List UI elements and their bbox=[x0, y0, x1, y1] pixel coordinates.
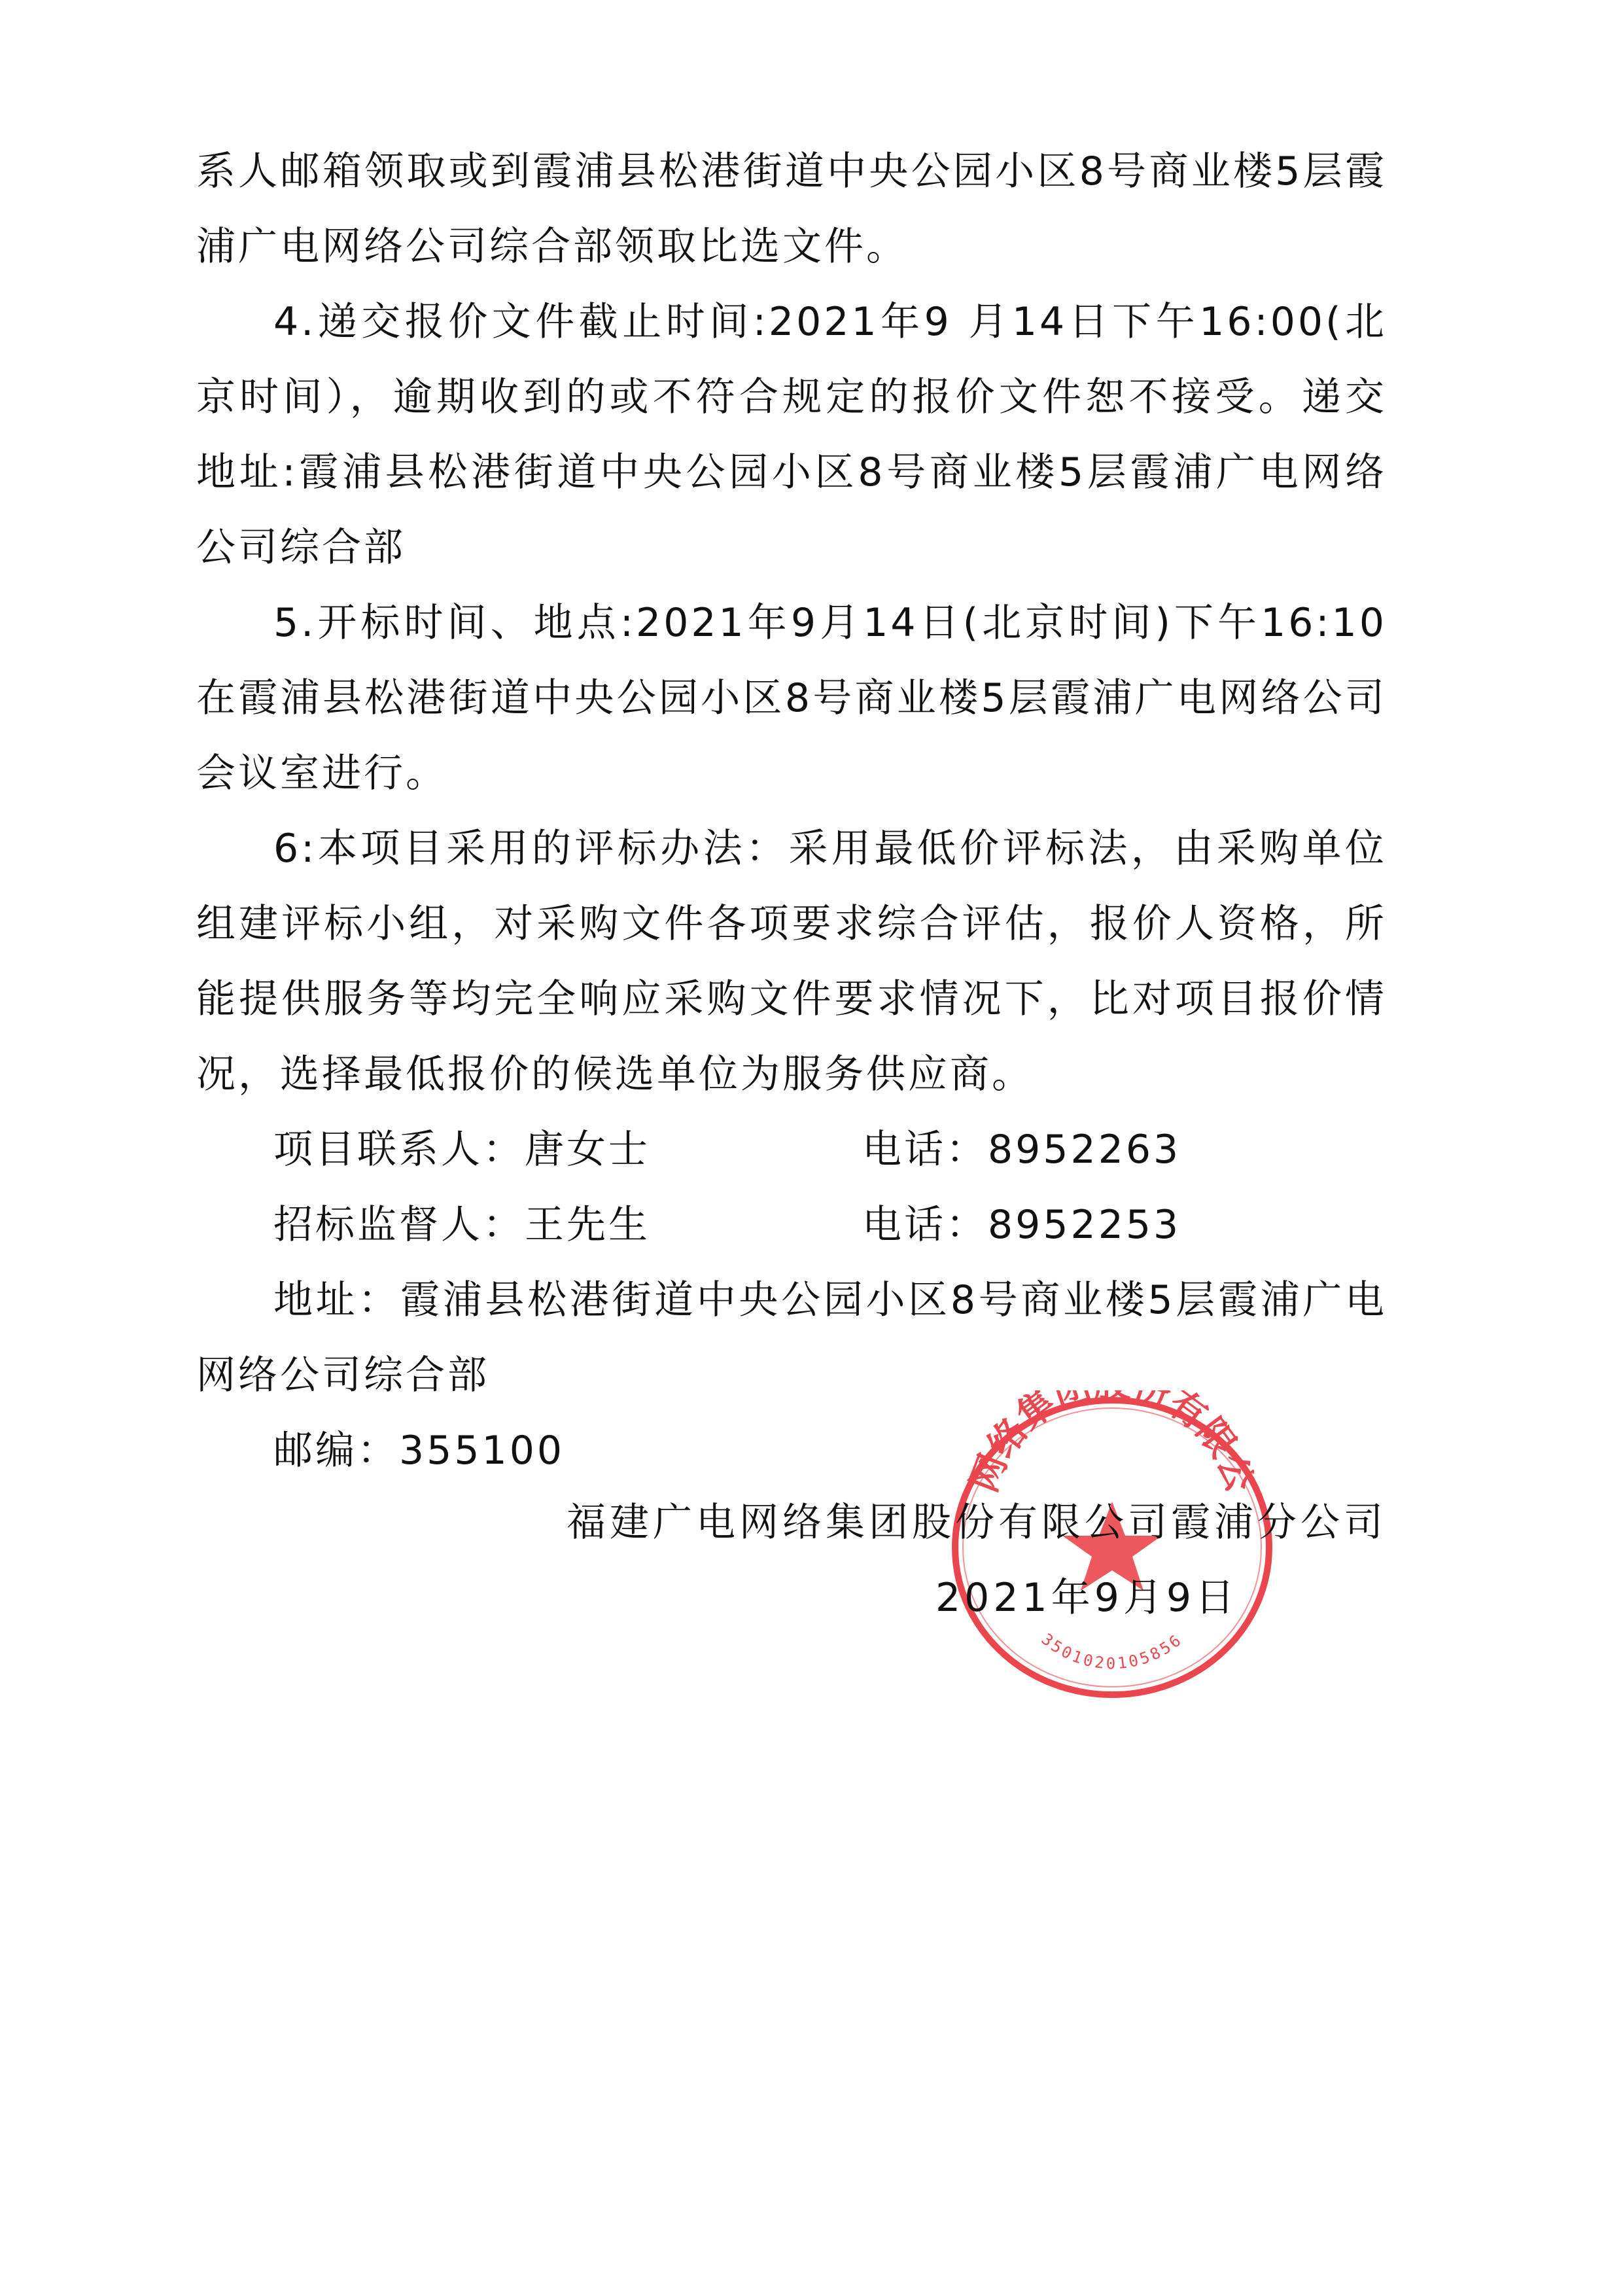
project-contact-phone: 电话：8952263 bbox=[862, 1112, 1181, 1188]
paragraph-item5-opening: 5.开标时间、地点:2021年9月14日(北京时间)下午16:10在霞浦县松港街… bbox=[196, 586, 1387, 811]
paragraph-item6-evaluation: 6:本项目采用的评标办法：采用最低价评标法，由采购单位组建评标小组，对采购文件各… bbox=[196, 811, 1387, 1112]
paragraph-item3-continuation: 系人邮箱领取或到霞浦县松港街道中央公园小区8号商业楼5层霞浦广电网络公司综合部领… bbox=[196, 134, 1387, 285]
contact-row-project: 项目联系人：唐女士 电话：8952263 bbox=[196, 1112, 1387, 1188]
supervisor-contact-label: 招标监督人：王先生 bbox=[273, 1188, 650, 1263]
supervisor-contact-phone: 电话：8952253 bbox=[862, 1188, 1181, 1263]
project-contact-label: 项目联系人：唐女士 bbox=[273, 1112, 650, 1188]
signature-date: 2021年9月9日 bbox=[935, 1561, 1238, 1636]
document-page: 系人邮箱领取或到霞浦县松港街道中央公园小区8号商业楼5层霞浦广电网络公司综合部领… bbox=[0, 0, 1623, 2296]
paragraph-item4-deadline: 4.递交报价文件截止时间:2021年9 月14日下午16:00(北京时间），逾期… bbox=[196, 285, 1387, 586]
signature-organization: 福建广电网络集团股份有限公司霞浦分公司 bbox=[563, 1485, 1387, 1561]
svg-text:3501020105856: 3501020105856 bbox=[1038, 1630, 1187, 1672]
svg-text:网络集团股份有限公: 网络集团股份有限公 bbox=[962, 1390, 1261, 1498]
contact-row-supervisor: 招标监督人：王先生 电话：8952253 bbox=[196, 1188, 1387, 1263]
document-body: 系人邮箱领取或到霞浦县松港街道中央公园小区8号商业楼5层霞浦广电网络公司综合部领… bbox=[196, 134, 1387, 1489]
